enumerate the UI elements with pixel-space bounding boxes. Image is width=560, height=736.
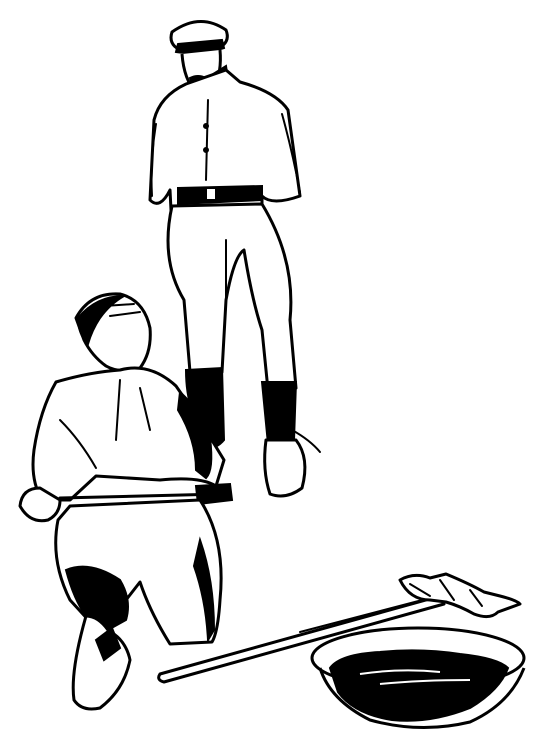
basin [312, 628, 524, 728]
illustration [0, 0, 560, 736]
ink-drawing [0, 0, 560, 736]
